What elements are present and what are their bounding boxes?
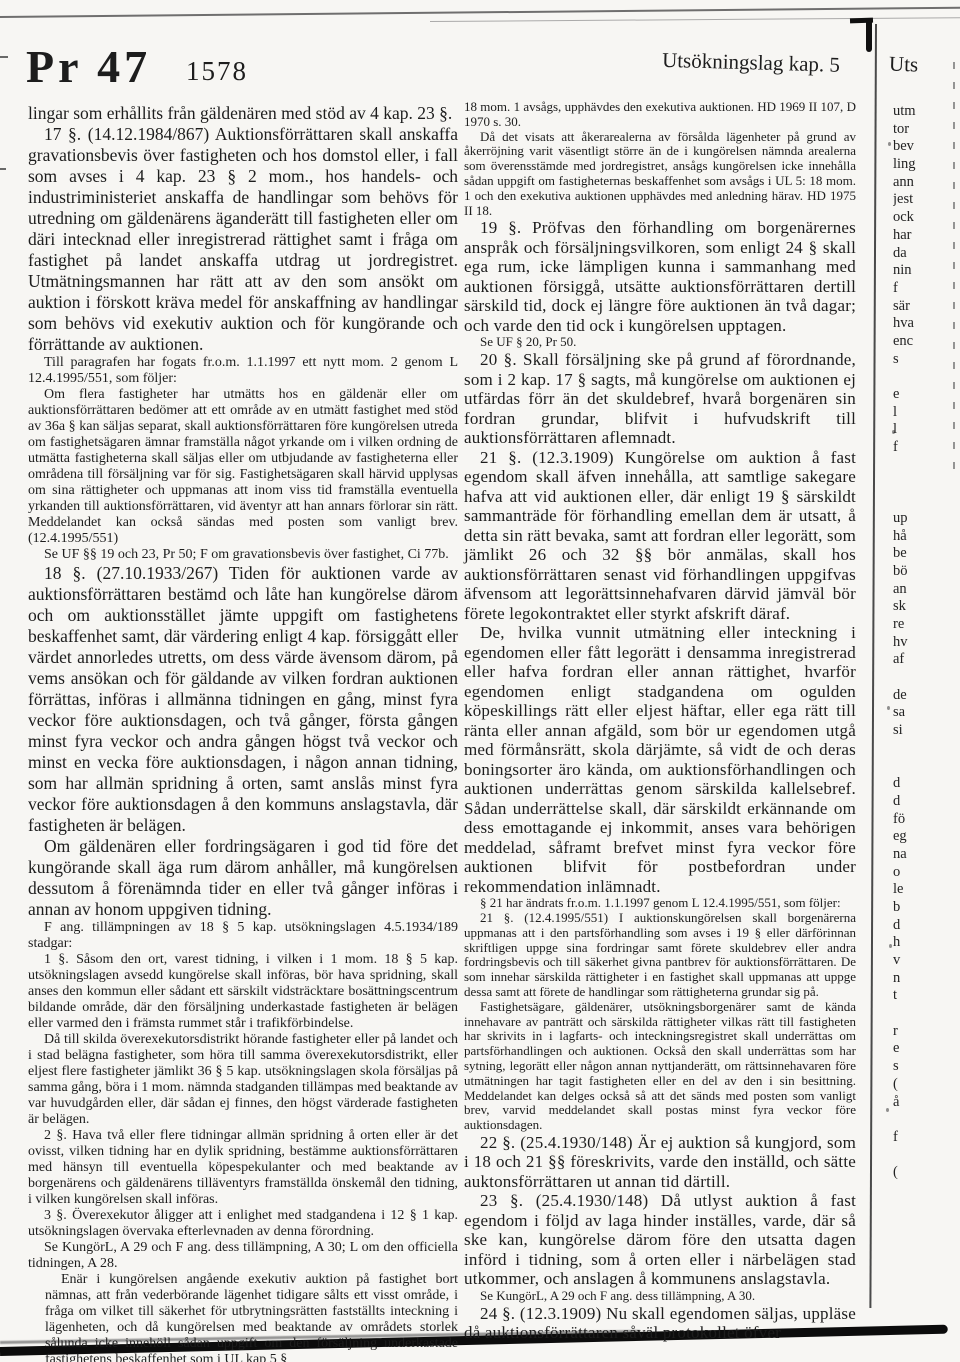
adjacent-page-running-header: Uts (889, 51, 919, 77)
adjacent-page-text-fragment: d (893, 775, 955, 793)
adjacent-page-text-fragment: v (893, 952, 955, 970)
text-paragraph: Till paragrafen har fogats fr.o.m. 1.1.1… (28, 355, 458, 387)
adjacent-page-text-fragment: f (893, 280, 955, 298)
adjacent-page-text-fragment: re (893, 616, 955, 634)
adjacent-page-text-fragment: hv (893, 634, 955, 652)
adjacent-page-text-fragment: de (893, 687, 955, 705)
adjacent-page-text-fragment: nin (893, 262, 955, 280)
section-label: Pr 47 (26, 40, 151, 93)
adjacent-page-text-fragment (893, 492, 955, 510)
adjacent-page-text-fragment: ling (893, 156, 955, 174)
adjacent-page-text-fragment: f (893, 439, 955, 457)
adjacent-page-text-fragment: o (893, 864, 955, 882)
text-paragraph: Om gäldenären eller fordringsägaren i go… (28, 836, 458, 920)
adjacent-page-text-fragment (893, 740, 955, 758)
corner-bracket-mark (866, 19, 872, 52)
running-header: Utsökningslag kap. 5 (640, 47, 841, 78)
text-paragraph: 24 §. (12.3.1909) Nu skall egendomen säl… (464, 1304, 856, 1343)
scan-speck (886, 1108, 889, 1112)
scan-speck (887, 706, 890, 710)
page-fold-edge-line (869, 24, 877, 1308)
adjacent-page-text-fragment: s (893, 1058, 955, 1076)
scan-top-edge-line-2 (430, 17, 960, 22)
text-paragraph: 23 §. (25.4.1930/148) Då utlyst auktion … (464, 1191, 856, 1289)
scanned-book-page: Pr 47 1578 Utsökningslag kap. 5 Uts ling… (0, 0, 960, 1362)
text-paragraph: Då det visats att åkerarealerna av förså… (464, 130, 856, 219)
text-paragraph: Om flera fastigheter har utmätts hos en … (28, 387, 458, 547)
text-paragraph: De, hvilka vunnit utmätning eller inteck… (464, 623, 856, 896)
adjacent-page-text-fragment (893, 368, 955, 386)
adjacent-page-text-fragment (893, 669, 955, 687)
text-paragraph: Då till skilda överexekutorsdistrikt hör… (28, 1032, 458, 1128)
adjacent-page-text-fragment: d (893, 917, 955, 935)
adjacent-page-text-fragment: e (893, 1040, 955, 1058)
text-paragraph: 21 §. (12.3.1909) Kungörelse om auktion … (464, 448, 856, 624)
adjacent-page-text-fragment: na (893, 846, 955, 864)
text-paragraph: 19 §. Pröfvas den förhandling om borgenä… (464, 218, 856, 335)
page-number: 1578 (186, 56, 248, 87)
scan-margin-dash (0, 168, 6, 170)
adjacent-page-edge-strip: utmtorbevlingannjestockhardaninfsärhvaen… (893, 103, 955, 1182)
adjacent-page-text-fragment: hva (893, 315, 955, 333)
adjacent-page-text-fragment: le (893, 881, 955, 899)
adjacent-page-text-fragment: r (893, 1023, 955, 1041)
text-paragraph: Se UF § 20, Pr 50. (464, 335, 856, 350)
adjacent-page-text-fragment: b (893, 899, 955, 917)
adjacent-page-text-fragment (893, 457, 955, 475)
adjacent-page-text-fragment: n (893, 970, 955, 988)
text-paragraph: 20 §. Skall försäljning ske på grund af … (464, 350, 856, 448)
adjacent-page-text-fragment: å (893, 1094, 955, 1112)
adjacent-page-text-fragment: af (893, 651, 955, 669)
text-paragraph: 18 mom. 1 avsågs, upphävdes den exekutiv… (464, 100, 856, 130)
text-paragraph: F ang. tillämpningen av 18 § 5 kap. utsö… (28, 920, 458, 952)
adjacent-page-text-fragment: har (893, 227, 955, 245)
adjacent-page-text-fragment: up (893, 510, 955, 528)
adjacent-page-text-fragment: e (893, 386, 955, 404)
adjacent-page-text-fragment (893, 757, 955, 775)
adjacent-page-text-fragment: t (893, 987, 955, 1005)
adjacent-page-text-fragment: an (893, 581, 955, 599)
text-paragraph: 21 §. (12.4.1995/551) I auktionskungörel… (464, 911, 856, 1000)
text-paragraph: 1 §. Såsom den ort, varest tidning, i vi… (28, 952, 458, 1032)
right-column: 18 mom. 1 avsågs, upphävdes den exekutiv… (464, 100, 856, 1343)
adjacent-page-text-fragment: sa (893, 704, 955, 722)
text-paragraph: 3 §. Överexekutor åligger att i enlighet… (28, 1208, 458, 1240)
adjacent-page-text-fragment: ann (893, 174, 955, 192)
text-paragraph: 17 §. (14.12.1984/867) Auktionsförrättar… (28, 124, 458, 355)
adjacent-page-text-fragment: fö (893, 811, 955, 829)
text-paragraph: § 21 har ändrats fr.o.m. 1.1.1997 genom … (464, 896, 856, 911)
adjacent-page-text-fragment: si (893, 722, 955, 740)
adjacent-page-text-fragment: ( (893, 1164, 955, 1182)
adjacent-page-text-fragment: sär (893, 298, 955, 316)
text-paragraph: Se KungörL, A 29 och F ang. dess tillämp… (28, 1240, 458, 1272)
text-paragraph: 22 §. (25.4.1930/148) Är ej auktion så k… (464, 1133, 856, 1192)
adjacent-page-text-fragment: h (893, 934, 955, 952)
adjacent-page-text-fragment: d (893, 793, 955, 811)
adjacent-page-text-fragment: be (893, 545, 955, 563)
adjacent-page-text-fragment (893, 474, 955, 492)
adjacent-page-text-fragment: utm (893, 103, 955, 121)
scan-top-edge-line (0, 7, 960, 18)
adjacent-page-text-fragment: sk (893, 598, 955, 616)
scan-speck (889, 944, 892, 948)
scan-margin-dash (0, 56, 8, 58)
adjacent-page-text-fragment (893, 1147, 955, 1165)
adjacent-page-text-fragment: eg (893, 828, 955, 846)
adjacent-page-text-fragment: s (893, 351, 955, 369)
adjacent-page-text-fragment: ock (893, 209, 955, 227)
adjacent-page-text-fragment: da (893, 245, 955, 263)
adjacent-page-text-fragment: l (893, 404, 955, 422)
adjacent-page-text-fragment: l (893, 421, 955, 439)
text-paragraph: 2 §. Hava två eller flere tidningar allm… (28, 1128, 458, 1208)
adjacent-page-text-fragment (893, 1111, 955, 1129)
text-paragraph: Se UF §§ 19 och 23, Pr 50; F om gravatio… (28, 547, 458, 563)
left-column: lingar som erhållits från gäldenären med… (28, 103, 458, 1362)
text-paragraph: Enär i kungörelsen angående exekutiv auk… (28, 1272, 458, 1362)
adjacent-page-text-fragment: jest (893, 191, 955, 209)
text-paragraph: lingar som erhållits från gäldenären med… (28, 103, 458, 124)
text-paragraph: Fastighetsägare, gäldenärer, utsökningsb… (464, 1000, 856, 1133)
adjacent-page-text-fragment: hå (893, 528, 955, 546)
adjacent-page-text-fragment: f (893, 1129, 955, 1147)
adjacent-page-text-fragment (893, 1005, 955, 1023)
adjacent-page-text-fragment: bö (893, 563, 955, 581)
text-paragraph: Se KungörL, A 29 och F ang. dess tillämp… (464, 1289, 856, 1304)
adjacent-page-text-fragment: tor (893, 121, 955, 139)
adjacent-page-text-fragment: enc (893, 333, 955, 351)
adjacent-page-text-fragment: bev (893, 138, 955, 156)
scan-speck (888, 142, 891, 146)
adjacent-page-text-fragment: ( (893, 1076, 955, 1094)
text-paragraph: 18 §. (27.10.1933/267) Tiden för auktion… (28, 563, 458, 836)
